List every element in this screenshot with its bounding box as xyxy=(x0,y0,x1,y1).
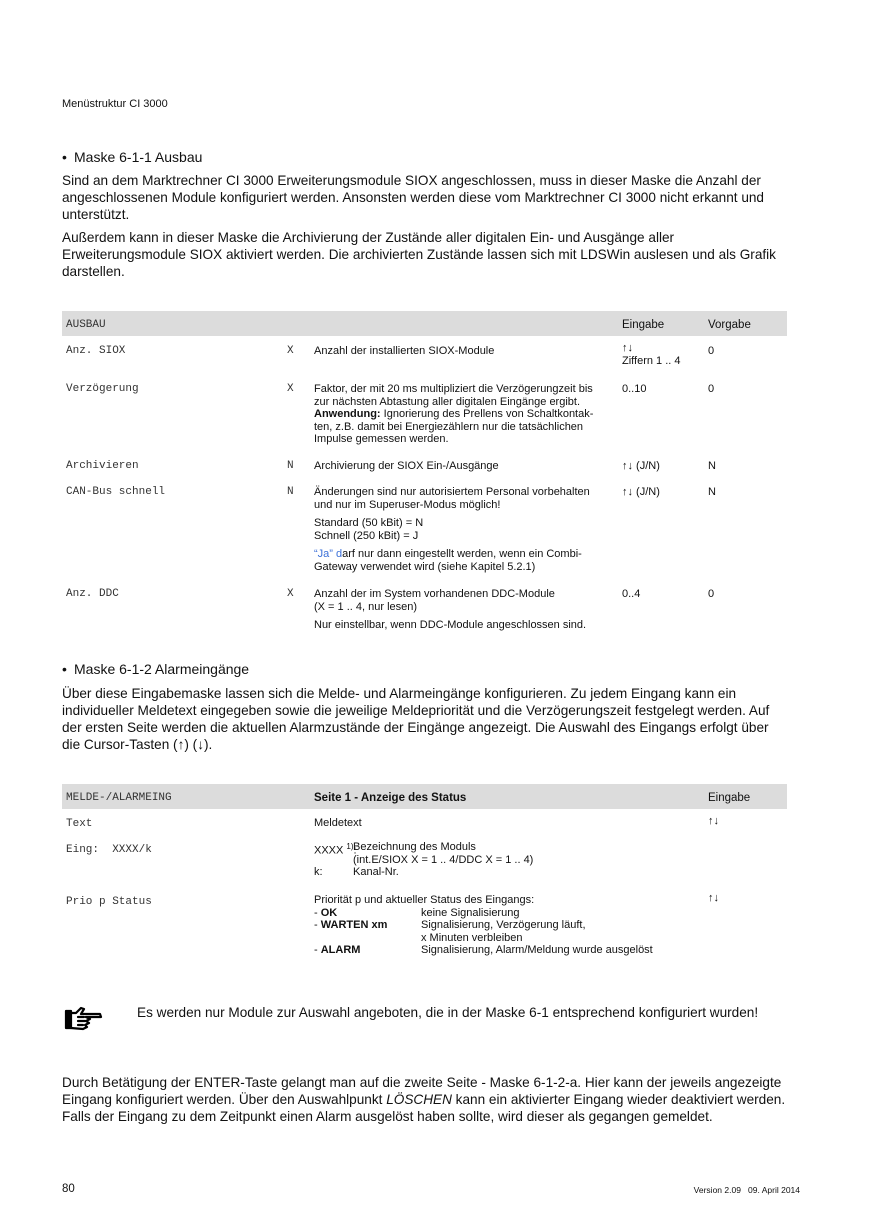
header-eingabe: Eingabe xyxy=(708,792,750,805)
table-alarmeingaenge: MELDE-/ALARMEING Seite 1 - Anzeige des S… xyxy=(62,784,787,964)
definition-item: XXXX 1): Bezeichnung des Moduls (int.E/S… xyxy=(314,841,644,866)
status-text-line: Signalisierung, Verzögerung läuft, xyxy=(421,919,694,932)
desc-line: “Ja” darf nur dann eingestellt werden, w… xyxy=(314,548,614,561)
desc-line: zur nächsten Abtastung aller digitalen E… xyxy=(314,396,614,409)
status-text: keine Signalisierung xyxy=(421,907,694,920)
definition-item: k: Kanal-Nr. xyxy=(314,866,644,879)
bullet: • xyxy=(62,661,74,677)
loeschen-term: LÖSCHEN xyxy=(386,1092,452,1107)
row-eingabe: 0..10 xyxy=(622,383,646,396)
row-label: Eing: XXXX/k xyxy=(66,844,152,857)
key-text: XXXX xyxy=(314,845,343,857)
row-label: Anz. SIOX xyxy=(66,345,125,358)
row-eingabe: 0..4 xyxy=(622,588,640,601)
desc-line: Änderungen sind nur autorisiertem Person… xyxy=(314,486,614,499)
row-eingabe: ↑↓ (J/N) xyxy=(622,460,660,473)
header-mask-name: AUSBAU xyxy=(66,319,106,332)
header-mask-name: MELDE-/ALARMEING xyxy=(66,792,172,805)
status-intro: Priorität p und aktueller Status des Ein… xyxy=(314,894,694,907)
row-description: Änderungen sind nur autorisiertem Person… xyxy=(314,486,614,573)
row-description: XXXX 1): Bezeichnung des Moduls (int.E/S… xyxy=(314,841,644,879)
table-ausbau: AUSBAU Eingabe Vorgabe Anz. SIOX X Anzah… xyxy=(62,311,787,641)
desc-text: arf nur dann eingestellt werden, wenn ei… xyxy=(342,548,582,560)
header-page-title: Seite 1 - Anzeige des Status xyxy=(314,792,466,805)
row-vorgabe: 0 xyxy=(708,383,714,396)
paragraph-ausbau-archiv: Außerdem kann in dieser Maske die Archiv… xyxy=(62,229,787,280)
status-name: - OK xyxy=(314,907,421,920)
status-item: - ALARM Signalisierung, Alarm/Meldung wu… xyxy=(314,944,694,957)
desc-line: Impulse gemessen werden. xyxy=(314,433,614,446)
desc-line: Anzahl der im System vorhandenen DDC-Mod… xyxy=(314,588,634,601)
section-title-ausbau: •Maske 6-1-1 Ausbau xyxy=(62,149,202,165)
status-item: - WARTEN xm Signalisierung, Verzögerung … xyxy=(314,919,694,944)
row-label: Verzögerung xyxy=(66,383,139,396)
desc-line: Faktor, der mit 20 ms multipliziert die … xyxy=(314,383,614,396)
row-description: Faktor, der mit 20 ms multipliziert die … xyxy=(314,383,614,446)
row-label: Archivieren xyxy=(66,460,139,473)
arrow-up-down-icon: ↑↓ xyxy=(708,892,719,905)
value-line: Bezeichnung des Moduls xyxy=(353,841,644,854)
status-name-text: WARTEN xm xyxy=(321,919,388,931)
row-variable: X xyxy=(287,588,294,601)
row-label: CAN-Bus schnell xyxy=(66,486,165,499)
section-title-text: Maske 6-1-2 Alarmeingänge xyxy=(74,661,249,677)
definition-value: Bezeichnung des Moduls (int.E/SIOX X = 1… xyxy=(353,841,644,866)
value-line: (int.E/SIOX X = 1 .. 4/DDC X = 1 .. 4) xyxy=(353,854,644,867)
row-variable: X xyxy=(287,383,294,396)
section-title-text: Maske 6-1-1 Ausbau xyxy=(74,149,202,165)
definition-key: XXXX 1): xyxy=(314,841,353,866)
desc-block: “Ja” darf nur dann eingestellt werden, w… xyxy=(314,548,614,573)
bullet: • xyxy=(62,149,74,165)
row-description: Priorität p und aktueller Status des Ein… xyxy=(314,894,694,957)
section-title-alarmeingaenge: •Maske 6-1-2 Alarmeingänge xyxy=(62,661,249,677)
row-eingabe: ↑↓ Ziffern 1 .. 4 xyxy=(622,342,681,367)
row-description: Archivierung der SIOX Ein-/Ausgänge xyxy=(314,460,499,473)
status-text-line: x Minuten verbleiben xyxy=(421,932,694,945)
desc-line: (X = 1 .. 4, nur lesen) xyxy=(314,601,634,614)
desc-line: ten, z.B. damit bei Energiezählern nur d… xyxy=(314,421,614,434)
row-description: Anzahl der im System vorhandenen DDC-Mod… xyxy=(314,588,634,632)
definition-key: k: xyxy=(314,866,353,879)
desc-text: Ignorierung des Prellens von Schaltkonta… xyxy=(381,408,594,420)
row-label: Anz. DDC xyxy=(66,588,119,601)
header-vorgabe: Vorgabe xyxy=(708,319,751,332)
status-text: Signalisierung, Alarm/Meldung wurde ausg… xyxy=(421,944,694,957)
table-header xyxy=(62,311,787,336)
status-name-text: OK xyxy=(321,907,338,919)
version-info: Version 2.09 09. April 2014 xyxy=(694,1185,800,1195)
status-name: - ALARM xyxy=(314,944,421,957)
desc-line: Anwendung: Ignorierung des Prellens von … xyxy=(314,408,614,421)
row-description: Anzahl der installierten SIOX-Module xyxy=(314,345,494,358)
status-text: Signalisierung, Verzögerung läuft, x Min… xyxy=(421,919,694,944)
row-vorgabe: 0 xyxy=(708,588,714,601)
status-name: - WARTEN xm xyxy=(314,919,421,944)
arrow-up-down-icon: ↑↓ xyxy=(708,815,719,828)
desc-line: Standard (50 kBit) = N xyxy=(314,517,614,530)
row-variable: X xyxy=(287,345,294,358)
eingabe-range: Ziffern 1 .. 4 xyxy=(622,355,681,368)
row-eingabe: ↑↓ (J/N) xyxy=(622,486,660,499)
desc-line: und nur im Superuser-Modus möglich! xyxy=(314,499,614,512)
row-label: Prio p Status xyxy=(66,896,152,909)
definition-value: Kanal-Nr. xyxy=(353,866,644,879)
row-variable: N xyxy=(287,486,294,499)
desc-block: Standard (50 kBit) = N Schnell (250 kBit… xyxy=(314,517,614,542)
row-description: Meldetext xyxy=(314,817,362,830)
paragraph-ausbau-intro: Sind an dem Marktrechner CI 3000 Erweite… xyxy=(62,172,787,223)
running-head: Menüstruktur CI 3000 xyxy=(62,98,168,110)
row-variable: N xyxy=(287,460,294,473)
status-item: - OK keine Signalisierung xyxy=(314,907,694,920)
row-vorgabe: 0 xyxy=(708,345,714,358)
paragraph-closing: Durch Betätigung der ENTER-Taste gelangt… xyxy=(62,1074,787,1125)
row-vorgabe: N xyxy=(708,460,716,473)
pointing-hand-icon xyxy=(64,1005,104,1033)
desc-line: Nur einstellbar, wenn DDC-Module angesch… xyxy=(314,619,634,632)
desc-line: Schnell (250 kBit) = J xyxy=(314,530,614,543)
header-eingabe: Eingabe xyxy=(622,319,664,332)
desc-bold-label: Anwendung: xyxy=(314,408,381,420)
arrow-up-down-icon: ↑↓ xyxy=(622,342,681,355)
desc-line: Gateway verwendet wird (siehe Kapitel 5.… xyxy=(314,561,614,574)
status-name-text: ALARM xyxy=(321,944,361,956)
page-number: 80 xyxy=(62,1183,75,1195)
note-text: Es werden nur Module zur Auswahl angebot… xyxy=(137,1004,777,1021)
highlight-ja: “Ja” d xyxy=(314,548,342,560)
row-vorgabe: N xyxy=(708,486,716,499)
paragraph-alarmeingaenge: Über diese Eingabemaske lassen sich die … xyxy=(62,685,787,753)
row-label: Text xyxy=(66,818,92,831)
